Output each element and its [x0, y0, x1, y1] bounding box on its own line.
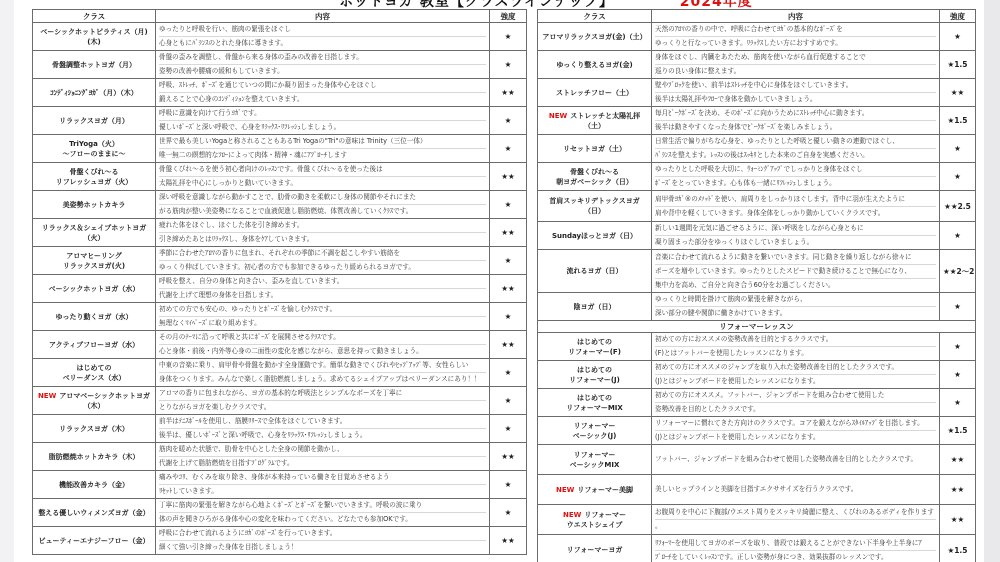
table-row: アクティブフローヨガ（水）その月のﾃｰﾏに沿って呼吸と共にﾎﾟｰｽﾞを展開させる… [33, 331, 527, 359]
class-name-cell: NEWリフォーマー美脚 [538, 475, 652, 505]
description-cell: ゆったりと呼吸を行い、筋肉の緊張をほぐし心身ともにﾊﾞﾗﾝｽのとれた身体に導きま… [156, 23, 490, 51]
description-cell: 疲れた体をほぐし、ほぐした体を引き締めます。引き締めたあとはﾘﾗｯｸｽし、身体を… [156, 219, 490, 247]
description-cell: 深い呼吸を意識しながら動かすことで、肋骨の動きを柔軟にし身体の関節やそれにまたが… [156, 191, 490, 219]
table-row: Sundayほっとヨガ（日）新しい1週間を元気に過ごせるように、深い呼吸をしなが… [538, 222, 976, 250]
strength-rating: ★★ [490, 79, 527, 107]
class-name: 整える優しいウィメンズヨガ（金） [38, 509, 149, 517]
table-row: リフォーマー ベーシックMIXフットバー、ジャンプボードを組み合わせて使用した姿… [538, 445, 976, 475]
description-line: 引き締めたあとはﾘﾗｯｸｽし、身体をｹｱしていきます。 [159, 233, 486, 246]
class-name: Sundayほっとヨガ（日） [552, 232, 637, 240]
description-line: 肩甲骨ﾖｶﾞ®のﾒｿｯﾄﾞを使い、肩周りをしっかりほぐします。背中に羽が生えたよ… [655, 193, 936, 207]
description-line: 天然のｱﾛﾏの香りの中で、呼吸に合わせてﾖｶﾞの基本的なﾎﾟｰｽﾞを [655, 23, 936, 37]
class-name: 骨盤調整ホットヨガ（月） [52, 61, 136, 69]
strength-rating: ★ [490, 23, 527, 51]
description-line: 姿勢の改善や腰痛の緩和もしていきます。 [159, 65, 486, 78]
description-line: 疲れた体をほぐし、ほぐした体を引き締めます。 [159, 219, 486, 233]
class-name-cell: はじめての リフォーマー(J) [538, 361, 652, 389]
table-row: アロマヒーリング リラックスヨガ(火)季節に合わせたｱﾛﾏの香りに包まれ、それぞ… [33, 247, 527, 275]
description-line: ゆっくり伸ばしていきます。初心者の方でも参加できるゆったり緩められるヨガです。 [159, 261, 486, 274]
class-name: リフォーマーヨガ [567, 546, 623, 554]
description-line: 肩や背中を軽くしていきます。身体全体をしっかり動かしていくクラスです。 [655, 207, 936, 220]
class-name-cell: ストレッチフロー（土） [538, 79, 652, 107]
class-name-cell: アロマヒーリング リラックスヨガ(火) [33, 247, 156, 275]
table-row: 整える優しいウィメンズヨガ（金）丁寧に筋肉の緊張を解きながら心地よくﾎﾟｰｽﾞと… [33, 499, 527, 527]
class-name-cell: はじめての リフォーマーMIX [538, 389, 652, 417]
description-line: 後半は動きやすくなった身体でﾋﾟｰｸﾎﾟｰｽﾞを楽しみましょう。 [655, 121, 936, 134]
strength-rating: ★ [490, 471, 527, 499]
class-name: アロマベーシックホットヨガ （木） [59, 392, 150, 410]
strength-rating: ★★ [940, 505, 976, 535]
description-line: ゆっくりと時間を掛けて筋肉の緊張を解きながら、 [655, 293, 936, 307]
strength-rating: ★ [490, 387, 527, 415]
strength-rating: ★ [490, 303, 527, 331]
scrollbar-track[interactable] [984, 0, 1000, 562]
description-cell: 中東の音楽に乗り、肩甲骨や骨盤を動かす全身運動です。簡単な動きでくびれやﾋｯﾌﾟ… [156, 359, 490, 387]
table-row: リフォーマーヨガﾘﾌｫｰﾏｰを使用してヨガのポーズを取り、普段では鍛えることがで… [538, 535, 976, 562]
description-line: アロマの香りに包まれながら、ヨガの基本的な呼吸法とシンプルなポーズを丁寧に [159, 387, 486, 401]
header-class: クラス [33, 10, 156, 23]
class-name: 機能改善カキラ（金） [59, 481, 129, 489]
description-line: 日常生活で偏りがちな心身を、ゆったりとした呼吸と優しい動きの連動でほぐし、 [655, 135, 936, 149]
description-cell: 骨盤の歪みを調整し、骨盤から来る身体の歪みの改善を目指します。姿勢の改善や腰痛の… [156, 51, 490, 79]
table-row: ゆったり動くヨガ（水）初めての方でも安心の、ゆったりとﾎﾟｰｽﾞを愉しむｸﾗｽで… [33, 303, 527, 331]
description-cell: 世界で最も美しいYogaと称されることもあるTri Yogaの"Tri"の意味は… [156, 135, 490, 163]
description-line: 姿勢改善を目的としたクラスです。 [655, 403, 936, 416]
description-line: 中東の音楽に乗り、肩甲骨や骨盤を動かす全身運動です。簡単な動きでくびれやﾋｯﾌﾟ… [159, 359, 486, 373]
description-line: ゆっくりと行なっていきます。ﾘﾗｯｸｽしたい方におすすめです。 [655, 37, 936, 50]
class-name: 陰ヨガ（日） [574, 303, 616, 311]
class-name-cell: 骨盤くびれ～る 朝ヨガベーシック（日） [538, 163, 652, 191]
strength-rating: ★ [490, 51, 527, 79]
description-line: 痛みやｺﾘ、むくみを取り除き、身体が本来持っている働きを目覚めさせるよう [159, 471, 486, 485]
description-line: 前半はﾃﾆｽﾎﾞｰﾙを使用し、筋膜ﾘﾘｰｽで全体をほぐしていきます。 [159, 415, 486, 429]
description-line: 初めての方におススメの姿勢改善を目的とするクラスです。 [655, 333, 936, 347]
table-row: ベーシックホットピラティス（月)(木)ゆったりと呼吸を行い、筋肉の緊張をほぐし心… [33, 23, 527, 51]
strength-rating: ★★ [940, 79, 976, 107]
table-row: TriYoga（火） ～フローのままに～世界で最も美しいYogaと称されることも… [33, 135, 527, 163]
class-name: ｺﾝﾃﾞｨｼｮﾆﾝｸﾞﾖｶﾞ（月）（木） [50, 89, 138, 97]
description-line: 細くて強い引き締った身体を目指しましょう！ [159, 541, 486, 554]
description-line: 心と身体・前後・内外等心身の二面性の変化を感じながら、意思を持って動きましょう。 [159, 345, 486, 358]
header-content: 内容 [156, 10, 490, 23]
table-row: リフォーマー ベーシック(J)リフォーマーに慣れてきた方向けのクラスです。コアを… [538, 417, 976, 445]
class-name-cell: NEWストレッチと太陽礼拝 （土） [538, 107, 652, 135]
class-name: ストレッチと太陽礼拝 （土） [570, 112, 640, 130]
class-name: 流れるヨガ（日） [567, 267, 623, 275]
strength-rating: ★★ [490, 275, 527, 303]
section-label-reformer: リフォーマーレッスン [538, 321, 976, 333]
table-row: 陰ヨガ（日）ゆっくりと時間を掛けて筋肉の緊張を解きながら、深い部分の腱や関節に働… [538, 293, 976, 321]
description-line: 毎月ﾋﾟｰｸﾎﾟｰｽﾞを決め、そのﾎﾟｰｽﾞに向かうためにｽﾄﾚｯﾁ中心に動きま… [655, 107, 936, 121]
table-row: ベーシックホットヨガ（水）呼吸を整え、自分の身体と向き合い、歪みを直していきます… [33, 275, 527, 303]
strength-rating: ★ [490, 415, 527, 443]
strength-rating: ★ [490, 191, 527, 219]
strength-rating: ★★ [940, 445, 976, 475]
table-row: ストレッチフロー（土）壁やﾌﾞﾛｯｸを使い、前半はｽﾄﾚｯﾁを中心に身体をほぐし… [538, 79, 976, 107]
description-line: 丁寧に筋肉の緊張を解きながら心地よくﾎﾟｰｽﾞとﾎﾟｰｽﾞを繋いでいきます。呼吸… [159, 499, 486, 513]
description-line: 代謝を上げて脂肪燃焼を目指すﾌﾟﾛｸﾞﾗﾑです。 [159, 457, 486, 470]
class-name: ゆっくり整えるヨガ(金) [556, 61, 632, 69]
description-cell: 呼吸を整え、自分の身体と向き合い、歪みを直していきます。代謝を上げて理想の身体を… [156, 275, 490, 303]
description-line: 太陽礼拝を中心にしっかりと動いていきます。 [159, 177, 486, 190]
new-badge: NEW [563, 511, 581, 519]
description-line: 後半は太陽礼拝やﾌﾛｰで身体を動かしていきましょう。 [655, 93, 936, 106]
class-name: アクティブフローヨガ（水） [49, 341, 139, 349]
header-class: クラス [538, 10, 652, 23]
table-row: リラックスヨガ（月）呼吸に意識を向けて行うﾖｶﾞです。優しいﾎﾟｰｽﾞと深い呼吸… [33, 107, 527, 135]
strength-rating: ★★ [490, 163, 527, 191]
description-cell: お腹周りを中心に下腹部/ウエスト周りをスッキリ綺麗に整え、くびれのあるボディを作… [652, 505, 940, 535]
header-strength: 強度 [940, 10, 976, 23]
strength-rating: ★ [490, 359, 527, 387]
class-name-cell: ベーシックホットピラティス（月)(木) [33, 23, 156, 51]
class-name-cell: 首肩スッキリデトックスヨガ（日） [538, 191, 652, 222]
strength-rating: ★★ [490, 219, 527, 247]
description-cell: 音楽に合わせて流れるように動きを繋いでいきます。同じ動きを繰り返しながら徐々にポ… [652, 250, 940, 293]
table-row: ｺﾝﾃﾞｨｼｮﾆﾝｸﾞﾖｶﾞ（月）（木）呼吸、ｽﾄﾚｯﾁ、ﾎﾟｰｽﾞを通じていつ… [33, 79, 527, 107]
strength-rating: ★ [940, 333, 976, 361]
class-name-cell: ビューティーエナジーフロー（金） [33, 527, 156, 555]
description-line: 美しいヒップラインと美脚を目指すエクササイズを行うクラスです。 [655, 483, 936, 496]
new-badge: NEW [549, 112, 567, 120]
description-line: 壁やﾌﾞﾛｯｸを使い、前半はｽﾄﾚｯﾁを中心に身体をほぐしていきます。 [655, 79, 936, 93]
description-line: 鍛えることで心身のｺﾝﾃﾞｨｼｮﾝを整えていきます。 [159, 93, 486, 106]
strength-rating: ★ [490, 135, 527, 163]
class-name-cell: NEWアロマベーシックホットヨガ （木） [33, 387, 156, 415]
class-name-cell: はじめての リフォーマー(F) [538, 333, 652, 361]
class-name: ストレッチフロー（土） [556, 89, 633, 97]
table-row: ゆっくり整えるヨガ(金)身体をほぐし、内臓をあたため、筋肉を使いながら血行促進す… [538, 51, 976, 79]
description-cell: ﾘﾌｫｰﾏｰを使用してヨガのポーズを取り、普段では鍛えることができない下半身や上… [652, 535, 940, 562]
strength-rating: ★ [490, 107, 527, 135]
description-line: ﾊﾞﾗﾝｽを整えます。ﾚｯｽﾝの後はｽｯｷﾘとした本来のご自身を実感ください。 [655, 149, 936, 162]
class-name-cell: アクティブフローヨガ（水） [33, 331, 156, 359]
class-name: 骨盤くびれ～る 朝ヨガベーシック（日） [556, 168, 633, 186]
strength-rating: ★ [940, 163, 976, 191]
description-cell: 呼吸に意識を向けて行うﾖｶﾞです。優しいﾎﾟｰｽﾞと深い呼吸で、心身をﾘﾗｯｸｽ… [156, 107, 490, 135]
description-line: ポーズを増やしていきます。ゆったりとしたスピードで動き続けることで無心になり、 [655, 265, 936, 279]
description-cell: ゆったりとした呼吸を大切に、ｳｫｰﾐﾝｸﾞｱｯﾌﾟでしっかりと身体をほぐしﾎﾟｰ… [652, 163, 940, 191]
description-line: 音楽に合わせて流れるように動きを繋いでいきます。同じ動きを繰り返しながら徐々に [655, 251, 936, 265]
table-row: 機能改善カキラ（金）痛みやｺﾘ、むくみを取り除き、身体が本来持っている働きを目覚… [33, 471, 527, 499]
table-row: 骨盤くびれ～る 朝ヨガベーシック（日）ゆったりとした呼吸を大切に、ｳｫｰﾐﾝｸﾞ… [538, 163, 976, 191]
table-row: はじめての リフォーマーMIX初めての方にオススメ。フットバー、ジャンプボードを… [538, 389, 976, 417]
table-row: はじめての リフォーマー(J)初めての方にオススメのジャンプを取り入れた姿勢改善… [538, 361, 976, 389]
class-name: リフォーマー ベーシックMIX [570, 451, 620, 469]
table-row: はじめての ベリーダンス（水）中東の音楽に乗り、肩甲骨や骨盤を動かす全身運動です… [33, 359, 527, 387]
class-name: リフォーマー美脚 [577, 486, 633, 494]
description-cell: ゆっくりと時間を掛けて筋肉の緊張を解きながら、深い部分の腱や関節に働きかけていき… [652, 293, 940, 321]
description-cell: 骨盤くびれ～るを使う初心者向けのﾚｯｽﾝです。骨盤くびれ～るを使った後は太陽礼拝… [156, 163, 490, 191]
section-header-row: リフォーマーレッスン [538, 321, 976, 333]
strength-rating: ★★ [490, 443, 527, 471]
class-name-cell: 陰ヨガ（日） [538, 293, 652, 321]
description-cell: 初めての方におススメの姿勢改善を目的とするクラスです。(F)とはフットバーを使用… [652, 333, 940, 361]
class-name-cell: ゆっくり整えるヨガ(金) [538, 51, 652, 79]
table-row: 骨盤くびれ～る リフレッシュヨガ（火）骨盤くびれ～るを使う初心者向けのﾚｯｽﾝで… [33, 163, 527, 191]
description-line: 唯一無二の瞑想的なﾌﾛｰによって肉体・精神・魂にｱﾌﾟﾛｰﾁします [159, 149, 486, 162]
strength-rating: ★★2～2.5 [940, 250, 976, 293]
class-name: 脂肪燃焼ホットカキラ（木） [49, 453, 140, 461]
description-cell: 呼吸に合わせて流れるようにﾖｶﾞのﾎﾟｰｽﾞを行っていきます。細くて強い引き締っ… [156, 527, 490, 555]
description-cell: アロマの香りに包まれながら、ヨガの基本的な呼吸法とシンプルなポーズを丁寧にとりな… [156, 387, 490, 415]
description-cell: 壁やﾌﾞﾛｯｸを使い、前半はｽﾄﾚｯﾁを中心に身体をほぐしていきます。後半は太陽… [652, 79, 940, 107]
class-name: 首肩スッキリデトックスヨガ（日） [549, 197, 640, 215]
strength-rating: ★★2.5 [940, 191, 976, 222]
class-name-cell: ベーシックホットヨガ（水） [33, 275, 156, 303]
table-row: リセットヨガ（土）日常生活で偏りがちな心身を、ゆったりとした呼吸と優しい動きの連… [538, 135, 976, 163]
strength-rating: ★ [940, 293, 976, 321]
description-cell: 天然のｱﾛﾏの香りの中で、呼吸に合わせてﾖｶﾞの基本的なﾎﾟｰｽﾞをゆっくりと行… [652, 23, 940, 51]
description-line: ﾎﾟｰｽﾞをとっていきます。心も体も一緒にﾘﾌﾚｯｼｭしましょう。 [655, 177, 936, 190]
strength-rating: ★ [940, 389, 976, 417]
table-row: アロマリラックスヨガ(金)（土）天然のｱﾛﾏの香りの中で、呼吸に合わせてﾖｶﾞの… [538, 23, 976, 51]
description-line: ﾘｾｯﾄしていきます。 [159, 485, 486, 498]
table-row: 流れるヨガ（日）音楽に合わせて流れるように動きを繋いでいきます。同じ動きを繰り返… [538, 250, 976, 293]
description-line: 体の声を聞きひろがる身体や心の変化を味わってください。どなたでも参加OKです。 [159, 513, 486, 526]
description-line: 心身ともにﾊﾞﾗﾝｽのとれた身体に導きます。 [159, 37, 486, 50]
class-name-cell: はじめての ベリーダンス（水） [33, 359, 156, 387]
class-name-cell: 骨盤くびれ～る リフレッシュヨガ（火） [33, 163, 156, 191]
description-line: がる筋肉が整い美姿勢になることで血液促進し脂肪燃焼、体質改善していくｸﾗｽです。 [159, 205, 486, 218]
description-line: 初めての方にオススメのジャンプを取り入れた姿勢改善を目的としたクラスです。 [655, 361, 936, 375]
class-name: 骨盤くびれ～る リフレッシュヨガ（火） [56, 168, 133, 186]
description-line: 凝り固まった部分をゆっくりほぐしていきましょう。 [655, 236, 936, 249]
table-row: NEWストレッチと太陽礼拝 （土）毎月ﾋﾟｰｸﾎﾟｰｽﾞを決め、そのﾎﾟｰｽﾞに… [538, 107, 976, 135]
description-line: 深い部分の腱や関節に働きかけていきます。 [655, 307, 936, 320]
class-table-right: クラス 内容 強度 アロマリラックスヨガ(金)（土）天然のｱﾛﾏの香りの中で、呼… [537, 9, 976, 562]
class-name-cell: リフォーマー ベーシックMIX [538, 445, 652, 475]
description-cell: 前半はﾃﾆｽﾎﾞｰﾙを使用し、筋膜ﾘﾘｰｽで全体をほぐしていきます。後半は、優し… [156, 415, 490, 443]
table-row: はじめての リフォーマー(F)初めての方におススメの姿勢改善を目的とするクラスで… [538, 333, 976, 361]
class-name: はじめての ベリーダンス（水） [63, 364, 126, 382]
description-cell: 初めての方でも安心の、ゆったりとﾎﾟｰｽﾞを愉しむｸﾗｽです。無理なくﾏｲﾍﾟｰ… [156, 303, 490, 331]
class-name-cell: アロマリラックスヨガ(金)（土） [538, 23, 652, 51]
description-cell: 筋肉を暖めた状態で、肋骨を中心とした全身の関節を動かし、代謝を上げて脂肪燃焼を目… [156, 443, 490, 471]
class-name-cell: Sundayほっとヨガ（日） [538, 222, 652, 250]
description-line: 呼吸、ｽﾄﾚｯﾁ、ﾎﾟｰｽﾞを通じていつの間にか凝り固まった身体や心をほぐし [159, 79, 486, 93]
description-cell: 丁寧に筋肉の緊張を解きながら心地よくﾎﾟｰｽﾞとﾎﾟｰｽﾞを繋いでいきます。呼吸… [156, 499, 490, 527]
description-cell: リフォーマーに慣れてきた方向けのクラスです。コアを鍛えながらｽﾀｲﾙｱｯﾌﾟを目… [652, 417, 940, 445]
description-line: 骨盤の歪みを調整し、骨盤から来る身体の歪みの改善を目指します。 [159, 51, 486, 65]
class-name-cell: 流れるヨガ（日） [538, 250, 652, 293]
description-line: 無理なくﾏｲﾍﾟｰｽﾞに取り組めます。 [159, 317, 486, 330]
class-name: アロマヒーリング リラックスヨガ(火) [63, 252, 125, 270]
class-name: リフォーマー ベーシック(J) [573, 422, 617, 440]
header-strength: 強度 [490, 10, 527, 23]
class-name-cell: リセットヨガ（土） [538, 135, 652, 163]
class-name: ベーシックホットピラティス（月)(木) [40, 28, 147, 46]
strength-rating: ★★ [940, 475, 976, 505]
description-cell: 美しいヒップラインと美脚を目指すエクササイズを行うクラスです。 [652, 475, 940, 505]
strength-rating: ★1.5 [940, 417, 976, 445]
strength-rating: ★ [940, 222, 976, 250]
class-name-cell: 脂肪燃焼ホットカキラ（木） [33, 443, 156, 471]
strength-rating: ★ [490, 499, 527, 527]
description-line: とりながらヨガを楽しむクラスです。 [159, 401, 486, 414]
class-name-cell: 整える優しいウィメンズヨガ（金） [33, 499, 156, 527]
description-cell: 日常生活で偏りがちな心身を、ゆったりとした呼吸と優しい動きの連動でほぐし、ﾊﾞﾗ… [652, 135, 940, 163]
table-row: ビューティーエナジーフロー（金）呼吸に合わせて流れるようにﾖｶﾞのﾎﾟｰｽﾞを行… [33, 527, 527, 555]
description-line: (F)とはフットバーを使用したレッスンになります。 [655, 347, 936, 360]
description-line: ゆったりとした呼吸を大切に、ｳｫｰﾐﾝｸﾞｱｯﾌﾟでしっかりと身体をほぐし [655, 163, 936, 177]
description-cell: 初めての方にオススメ。フットバー、ジャンプボードを組み合わせて使用した姿勢改善を… [652, 389, 940, 417]
class-name-cell: 骨盤調整ホットヨガ（月） [33, 51, 156, 79]
class-name: はじめての リフォーマー(J) [569, 366, 620, 384]
description-cell: 季節に合わせたｱﾛﾏの香りに包まれ、それぞれの季節に不調を起こしやすい筋絡をゆっ… [156, 247, 490, 275]
class-name-cell: 美姿勢ホットカキラ [33, 191, 156, 219]
description-cell: 毎月ﾋﾟｰｸﾎﾟｰｽﾞを決め、そのﾎﾟｰｽﾞに向かうためにｽﾄﾚｯﾁ中心に動きま… [652, 107, 940, 135]
description-line: (J)とはジャンプボートを使用したレッスンになります。 [655, 431, 936, 444]
description-cell: 肩甲骨ﾖｶﾞ®のﾒｿｯﾄﾞを使い、肩周りをしっかりほぐします。背中に羽が生えたよ… [652, 191, 940, 222]
description-line: 集中力を高め、ご自分と向き合う60分をお過ごしください。 [655, 279, 936, 292]
class-name-cell: 機能改善カキラ（金） [33, 471, 156, 499]
description-line: 呼吸を整え、自分の身体と向き合い、歪みを直していきます。 [159, 275, 486, 289]
strength-rating: ★1.5 [940, 535, 976, 562]
class-name: ベーシックホットヨガ（水） [49, 285, 140, 293]
description-line: 身体をほぐし、内臓をあたため、筋肉を使いながら血行促進することで [655, 51, 936, 65]
class-name: ビューティーエナジーフロー（金） [39, 537, 150, 545]
class-name-cell: TriYoga（火） ～フローのままに～ [33, 135, 156, 163]
description-line: 骨盤くびれ～るを使う初心者向けのﾚｯｽﾝです。骨盤くびれ～るを使った後は [159, 163, 486, 177]
description-line: ゆったりと呼吸を行い、筋肉の緊張をほぐし [159, 23, 486, 37]
description-line: ﾌﾟﾛｰﾁをしていくﾚｯｽﾝです。正しい姿勢が身につき、効果抜群のレッスンです。 [655, 551, 936, 562]
description-line: 優しいﾎﾟｰｽﾞと深い呼吸で、心身をﾘﾗｯｸｽ･ﾘﾌﾚｯｼｭしましょう。 [159, 121, 486, 134]
header-content: 内容 [652, 10, 940, 23]
description-line: 身体をつくります。みんなで楽しく脂肪燃焼しましょう。求めてるシェイプアップはベリ… [159, 373, 486, 386]
description-line: 後半は、優しいﾎﾟｰｽﾞと深い呼吸で、心身をﾘﾗｯｸｽ･ﾘﾌﾚｯｼｭしましょう。 [159, 429, 486, 442]
new-badge: NEW [38, 392, 56, 400]
class-name-cell: リラックスヨガ（月） [33, 107, 156, 135]
new-badge: NEW [556, 486, 574, 494]
class-name: リラックス＆シェイプホットヨガ（火） [42, 224, 146, 242]
description-line: 新しい1週間を元気に過ごせるように、深い呼吸をしながら心身ともに [655, 222, 936, 236]
description-cell: 痛みやｺﾘ、むくみを取り除き、身体が本来持っている働きを目覚めさせるようﾘｾｯﾄ… [156, 471, 490, 499]
description-line: リフォーマーに慣れてきた方向けのクラスです。コアを鍛えながらｽﾀｲﾙｱｯﾌﾟを目… [655, 417, 936, 431]
description-cell: 呼吸、ｽﾄﾚｯﾁ、ﾎﾟｰｽﾞを通じていつの間にか凝り固まった身体や心をほぐし鍛え… [156, 79, 490, 107]
table-row: NEWリフォーマー ウエストシェイプお腹周りを中心に下腹部/ウエスト周りをスッキ… [538, 505, 976, 535]
description-line: ﾘﾌｫｰﾏｰを使用してヨガのポーズを取り、普段では鍛えることができない下半身や上… [655, 537, 936, 551]
description-line: 呼吸に意識を向けて行うﾖｶﾞです。 [159, 107, 486, 121]
description-line: 初めての方にオススメ。フットバー、ジャンプボードを組み合わせて使用した [655, 389, 936, 403]
strength-rating: ★ [490, 247, 527, 275]
description-line: 世界で最も美しいYogaと称されることもあるTri Yogaの"Tri"の意味は… [159, 135, 486, 149]
table-row: 骨盤調整ホットヨガ（月）骨盤の歪みを調整し、骨盤から来る身体の歪みの改善を目指し… [33, 51, 527, 79]
strength-rating: ★1.5 [940, 51, 976, 79]
description-line: 呼吸に合わせて流れるようにﾖｶﾞのﾎﾟｰｽﾞを行っていきます。 [159, 527, 486, 541]
table-row: リラックス＆シェイプホットヨガ（火）疲れた体をほぐし、ほぐした体を引き締めます。… [33, 219, 527, 247]
strength-rating: ★★ [490, 527, 527, 555]
class-name: 美姿勢ホットカキラ [63, 201, 126, 209]
description-line: その月のﾃｰﾏに沿って呼吸と共にﾎﾟｰｽﾞを展開させるｸﾗｽです。 [159, 331, 486, 345]
strength-rating: ★★ [490, 331, 527, 359]
description-line: 巡りの良い身体に整えます。 [655, 65, 936, 78]
class-name: はじめての リフォーマー(F) [568, 338, 621, 356]
table-row: 美姿勢ホットカキラ深い呼吸を意識しながら動かすことで、肋骨の動きを柔軟にし身体の… [33, 191, 527, 219]
description-line: 深い呼吸を意識しながら動かすことで、肋骨の動きを柔軟にし身体の関節やそれにまた [159, 191, 486, 205]
strength-rating: ★1.5 [940, 107, 976, 135]
class-name: アロマリラックスヨガ(金)（土） [542, 33, 646, 41]
class-name: リラックスヨガ（木） [59, 425, 129, 433]
description-line: 初めての方でも安心の、ゆったりとﾎﾟｰｽﾞを愉しむｸﾗｽです。 [159, 303, 486, 317]
description-line: (J)とはジャンプボードを使用したレッスンになります。 [655, 375, 936, 388]
class-name: リセットヨガ（土） [563, 145, 626, 153]
description-line: お腹周りを中心に下腹部/ウエスト周りをスッキリ綺麗に整え、くびれのあるボディを作… [655, 506, 936, 520]
description-cell: その月のﾃｰﾏに沿って呼吸と共にﾎﾟｰｽﾞを展開させるｸﾗｽです。心と身体・前後… [156, 331, 490, 359]
strength-rating: ★ [940, 23, 976, 51]
class-name-cell: NEWリフォーマー ウエストシェイプ [538, 505, 652, 535]
class-name-cell: ｺﾝﾃﾞｨｼｮﾆﾝｸﾞﾖｶﾞ（月）（木） [33, 79, 156, 107]
class-name: TriYoga（火） ～フローのままに～ [63, 140, 126, 158]
class-name-cell: ゆったり動くヨガ（水） [33, 303, 156, 331]
class-name: はじめての リフォーマーMIX [566, 394, 623, 412]
description-line: 代謝を上げて理想の身体を目指します。 [159, 289, 486, 302]
table-row: NEWリフォーマー美脚美しいヒップラインと美脚を目指すエクササイズを行うクラスで… [538, 475, 976, 505]
description-cell: 身体をほぐし、内臓をあたため、筋肉を使いながら血行促進することで巡りの良い身体に… [652, 51, 940, 79]
strength-rating: ★ [940, 361, 976, 389]
class-name-cell: リラックス＆シェイプホットヨガ（火） [33, 219, 156, 247]
table-row: リラックスヨガ（木）前半はﾃﾆｽﾎﾞｰﾙを使用し、筋膜ﾘﾘｰｽで全体をほぐしてい… [33, 415, 527, 443]
description-line: 。 [655, 520, 936, 533]
strength-rating: ★ [940, 135, 976, 163]
class-name-cell: リラックスヨガ（木） [33, 415, 156, 443]
description-line: フットバー、ジャンプボードを組み合わせて使用した姿勢改善を目的としたクラスです。 [655, 453, 936, 466]
table-row: 首肩スッキリデトックスヨガ（日）肩甲骨ﾖｶﾞ®のﾒｿｯﾄﾞを使い、肩周りをしっか… [538, 191, 976, 222]
class-name: ゆったり動くヨガ（水） [56, 313, 133, 321]
description-cell: 新しい1週間を元気に過ごせるように、深い呼吸をしながら心身ともに凝り固まった部分… [652, 222, 940, 250]
description-line: 筋肉を暖めた状態で、肋骨を中心とした全身の関節を動かし、 [159, 443, 486, 457]
class-table-left: クラス 内容 強度 ベーシックホットピラティス（月)(木)ゆったりと呼吸を行い、… [32, 9, 527, 555]
table-row: 脂肪燃焼ホットカキラ（木）筋肉を暖めた状態で、肋骨を中心とした全身の関節を動かし… [33, 443, 527, 471]
class-name-cell: リフォーマー ベーシック(J) [538, 417, 652, 445]
class-name-cell: リフォーマーヨガ [538, 535, 652, 562]
description-cell: フットバー、ジャンプボードを組み合わせて使用した姿勢改善を目的としたクラスです。 [652, 445, 940, 475]
description-cell: 初めての方にオススメのジャンプを取り入れた姿勢改善を目的としたクラスです。(J)… [652, 361, 940, 389]
description-line: 季節に合わせたｱﾛﾏの香りに包まれ、それぞれの季節に不調を起こしやすい筋絡を [159, 247, 486, 261]
table-row: NEWアロマベーシックホットヨガ （木）アロマの香りに包まれながら、ヨガの基本的… [33, 387, 527, 415]
class-name: リラックスヨガ（月） [59, 117, 129, 125]
